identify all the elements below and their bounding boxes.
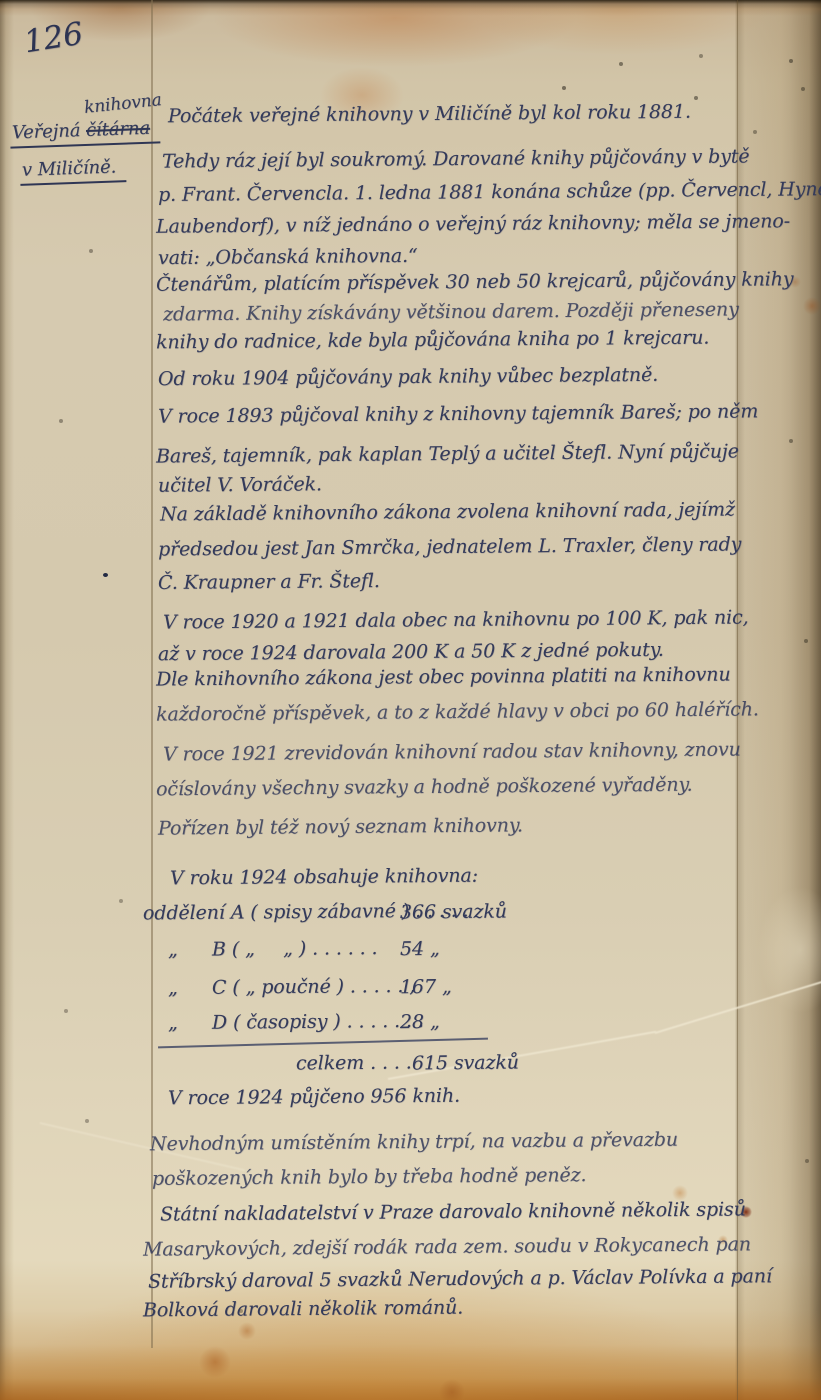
handwritten-line: V roce 1920 a 1921 dala obec na knihovnu… — [163, 606, 749, 633]
handwritten-line: Dle knihovního zákona jest obec povinna … — [156, 663, 731, 690]
handwritten-line: Č. Kraupner a Fr. Štefl. — [158, 570, 380, 594]
handwritten-line: p. Frant. Červencla. 1. ledna 1881 konán… — [158, 178, 821, 206]
handwritten-line: Masarykových, zdejší rodák rada zem. sou… — [143, 1233, 751, 1260]
inventory-row-value: 167 „ — [400, 976, 452, 998]
handwritten-line: Počátek veřejné knihovny v Miličíně byl … — [168, 101, 691, 128]
handwritten-line: Pořízen byl též nový seznam knihovny. — [158, 814, 523, 839]
manuscript-page: 126 knihovna Veřejná čítárna v Miličíně.… — [0, 0, 821, 1400]
handwritten-line: Bolková darovali několik románů. — [143, 1297, 463, 1322]
handwritten-line: Tehdy ráz její byl soukromý. Darované kn… — [162, 145, 750, 172]
inventory-row-value: 54 „ — [400, 938, 440, 960]
handwritten-line: až v roce 1924 darovala 200 K a 50 K z j… — [158, 639, 664, 665]
handwritten-line: předsedou jest Jan Smrčka, jednatelem L.… — [158, 533, 741, 560]
margin-title-line2: v Miličíně. — [20, 156, 127, 186]
margin-title-line1: Veřejná čítárna — [10, 117, 161, 148]
handwritten-line: učitel V. Voráček. — [158, 473, 322, 496]
margin-struck-word: čítárna — [86, 118, 151, 141]
handwritten-line: Od roku 1904 půjčovány pak knihy vůbec b… — [158, 364, 658, 390]
handwritten-line: Čtenářům, platícím příspěvek 30 neb 50 k… — [156, 268, 794, 296]
inventory-row-value: 28 „ — [400, 1011, 440, 1033]
inventory-row-label: „ B ( „ „ ) . . . . . . — [168, 937, 378, 961]
handwritten-line: V roce 1921 zrevidován knihovní radou st… — [163, 738, 741, 765]
ink-dot — [103, 573, 108, 577]
handwritten-line: každoročně příspěvek, a to z každé hlavy… — [156, 698, 759, 725]
handwritten-line: knihy do radnice, kde byla půjčována kni… — [156, 327, 709, 354]
sum-rule-line — [158, 1038, 488, 1049]
inventory-row-label: „ C ( „ poučné ) . . . . . , — [168, 975, 415, 999]
margin-word-verejna: Veřejná — [12, 120, 81, 143]
page-number: 126 — [22, 16, 86, 61]
handwritten-line: vati: „Občanská knihovna.“ — [158, 245, 418, 269]
handwritten-line: Laubendorf), v níž jednáno o veřejný ráz… — [156, 210, 790, 238]
handwritten-line: V roku 1924 obsahuje knihovna: — [170, 865, 478, 890]
handwritten-line: očíslovány všechny svazky a hodně poškoz… — [156, 774, 693, 801]
handwritten-line: Státní nakladatelství v Praze darovalo k… — [160, 1198, 746, 1225]
handwritten-line: zdarma. Knihy získávány většinou darem. … — [163, 298, 739, 325]
handwritten-line: V roce 1893 půjčoval knihy z knihovny ta… — [158, 400, 758, 427]
handwritten-line: V roce 1924 půjčeno 956 knih. — [168, 1085, 460, 1110]
handwritten-line: poškozených knih bylo by třeba hodně pen… — [152, 1164, 587, 1190]
inventory-row-label: „ D ( časopisy ) . . . . . . . — [168, 1010, 424, 1034]
handwritten-line: Bareš, tajemník, pak kaplan Teplý a učit… — [156, 440, 739, 467]
inventory-total-value: 615 svazků — [412, 1052, 519, 1075]
inventory-total-label: celkem . . . . — [296, 1051, 412, 1074]
handwritten-line: Stříbrský daroval 5 svazků Nerudových a … — [148, 1265, 772, 1292]
handwritten-line: Na základě knihovního zákona zvolena kni… — [160, 498, 735, 525]
inventory-row-value: 366 svazků — [400, 901, 507, 924]
handwritten-line: Nevhodným umístěním knihy trpí, na vazbu… — [150, 1129, 678, 1156]
paper-speckles — [0, 0, 2, 2]
